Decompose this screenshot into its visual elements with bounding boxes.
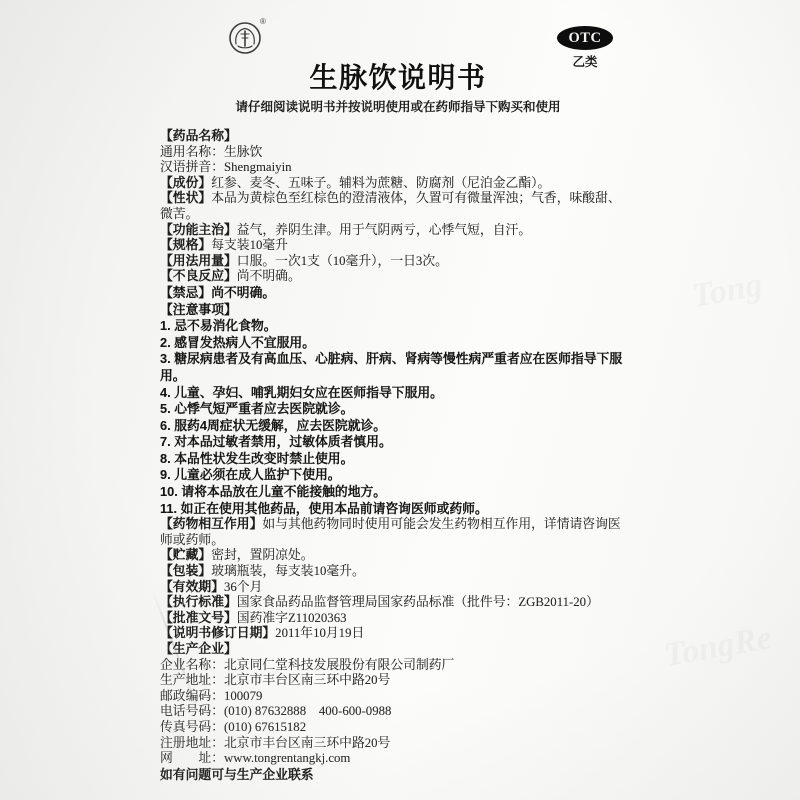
line-text: 尚不明确。 [211, 285, 275, 300]
section-label: 【说明书修订日期】 [160, 626, 275, 640]
line-text: 2011年10月19日 [275, 626, 364, 640]
line-text: 国家食品药品监督管理局国家药品标准（批件号：ZGB2011-20） [237, 595, 599, 609]
doc-line: 【说明书修订日期】2011年10月19日 [160, 626, 630, 642]
line-text: 邮政编码：100079 [160, 689, 262, 703]
section-label: 【规格】 [160, 238, 211, 252]
line-text: 2. 感冒发热病人不宜服用。 [160, 335, 315, 350]
section-label: 【批准文号】 [160, 611, 237, 625]
watermark-text: TongRe [662, 619, 775, 675]
doc-line: 【不良反应】尚不明确。 [160, 269, 630, 285]
line-text: 3. 糖尿病患者及有高血压、心脏病、肝病、肾病等慢性病严重者应在医师指导下服用。 [160, 351, 622, 383]
doc-line: 生产地址：北京市丰台区南三环中路20号 [160, 673, 630, 689]
line-text: 国药准字Z11020363 [237, 611, 347, 625]
section-label: 【成份】 [160, 176, 211, 190]
doc-line: 10. 请将本品放在儿童不能接触的地方。 [160, 484, 630, 501]
page-title: 生脉饮说明书 [160, 56, 636, 96]
line-text: 汉语拼音：Shengmaiyin [160, 160, 292, 174]
doc-line: 2. 感冒发热病人不宜服用。 [160, 335, 630, 352]
line-text: 每支装10毫升 [211, 238, 288, 252]
doc-line: 【药物相互作用】如与其他药物同时使用可能会发生药物相互作用，详情请咨询医师或药师… [160, 517, 630, 548]
doc-line: 8. 本品性状发生改变时禁止使用。 [160, 451, 630, 468]
doc-line: 【功能主治】益气，养阴生津。用于气阴两亏，心悸气短，自汗。 [160, 223, 630, 239]
section-label: 【执行标准】 [160, 595, 237, 609]
line-text: 10. 请将本品放在儿童不能接触的地方。 [160, 484, 386, 499]
doc-line: 1. 忌不易消化食物。 [160, 318, 630, 335]
doc-line: 【药品名称】 [160, 129, 630, 145]
section-label: 【药品名称】 [160, 129, 237, 143]
section-label: 【禁忌】 [160, 285, 211, 300]
doc-line: 通用名称：生脉饮 [160, 145, 630, 161]
doc-line: 9. 儿童必须在成人监护下使用。 [160, 467, 630, 484]
doc-line: 4. 儿童、孕妇、哺乳期妇女应在医师指导下服用。 [160, 385, 630, 402]
doc-line: 【生产企业】 [160, 642, 630, 658]
watermark-text: Tong [689, 266, 765, 316]
line-text: 8. 本品性状发生改变时禁止使用。 [160, 451, 353, 466]
line-text: 11. 如正在使用其他药品，使用本品前请咨询医师或药师。 [160, 501, 488, 516]
doc-line: 电话号码：(010) 87632888 400-600-0988 [160, 704, 630, 720]
line-text: 通用名称：生脉饮 [160, 145, 262, 159]
doc-line: 【用法用量】口服。一次1支（10毫升），一日3次。 [160, 254, 630, 270]
section-label: 【不良反应】 [160, 269, 237, 283]
doc-line: 网 址：www.tongrentangkj.com [160, 751, 630, 767]
tongrentang-logo-icon [228, 20, 264, 56]
doc-line: 5. 心悸气短严重者应去医院就诊。 [160, 401, 630, 418]
line-text: 生产地址：北京市丰台区南三环中路20号 [160, 673, 390, 687]
line-text: 口服。一次1支（10毫升），一日3次。 [237, 254, 448, 268]
line-text: 9. 儿童必须在成人监护下使用。 [160, 467, 341, 482]
doc-line: 企业名称：北京同仁堂科技发展股份有限公司制药厂 [160, 658, 630, 674]
section-label: 【性状】 [160, 191, 211, 205]
document-body: 【药品名称】 通用名称：生脉饮 汉语拼音：Shengmaiyin 【成份】红参、… [160, 129, 630, 783]
line-text: 1. 忌不易消化食物。 [160, 318, 277, 333]
line-text: 电话号码：(010) 87632888 400-600-0988 [160, 704, 391, 718]
doc-line: 如有问题可与生产企业联系 [160, 767, 630, 784]
line-text: 益气，养阴生津。用于气阴两亏，心悸气短，自汗。 [237, 223, 531, 237]
section-label: 【包装】 [160, 564, 211, 578]
page-subtitle: 请仔细阅读说明书并按说明使用或在药师指导下购买和使用 [150, 97, 646, 115]
doc-line: 汉语拼音：Shengmaiyin [160, 160, 630, 176]
doc-line: 11. 如正在使用其他药品，使用本品前请咨询医师或药师。 [160, 501, 630, 518]
section-label: 【药物相互作用】 [160, 517, 262, 531]
line-text: 尚不明确。 [237, 269, 301, 283]
section-label: 【生产企业】 [160, 642, 237, 656]
doc-line: 注册地址：北京市丰台区南三环中路20号 [160, 736, 630, 752]
doc-line: 7. 对本品过敏者禁用，过敏体质者慎用。 [160, 434, 630, 451]
doc-line: 【包装】玻璃瓶装，每支装10毫升。 [160, 564, 630, 580]
line-text: 本品为黄棕色至红棕色的澄清液体，久置可有微量浑浊；气香，味酸甜、微苦。 [160, 191, 621, 221]
section-label: 【有效期】 [160, 580, 224, 594]
doc-line: 【批准文号】国药准字Z11020363 [160, 611, 630, 627]
doc-line: 【贮藏】密封，置阴凉处。 [160, 548, 630, 564]
section-label: 【用法用量】 [160, 254, 237, 268]
line-text: 7. 对本品过敏者禁用，过敏体质者慎用。 [160, 434, 392, 449]
doc-line: 【规格】每支装10毫升 [160, 238, 630, 254]
line-text: 如有问题可与生产企业联系 [160, 767, 314, 782]
line-text: 5. 心悸气短严重者应去医院就诊。 [160, 401, 353, 416]
doc-line: 【注意事项】 [160, 302, 630, 319]
doc-line: 【禁忌】尚不明确。 [160, 285, 630, 302]
line-text: 玻璃瓶装，每支装10毫升。 [211, 564, 365, 578]
line-text: 企业名称：北京同仁堂科技发展股份有限公司制药厂 [160, 658, 454, 672]
line-text: 36个月 [224, 580, 262, 594]
line-text: 4. 儿童、孕妇、哺乳期妇女应在医师指导下服用。 [160, 385, 443, 400]
line-text: 注册地址：北京市丰台区南三环中路20号 [160, 736, 390, 750]
registered-trademark-mark: ® [260, 17, 266, 26]
section-label: 【注意事项】 [160, 302, 237, 317]
line-text: 传真号码：(010) 67615182 [160, 720, 306, 734]
leaflet-page: ® OTC 乙类 生脉饮说明书 请仔细阅读说明书并按说明使用或在药师指导下购买和… [0, 0, 800, 800]
doc-line: 【执行标准】国家食品药品监督管理局国家药品标准（批件号：ZGB2011-20） [160, 595, 630, 611]
doc-line: 邮政编码：100079 [160, 689, 630, 705]
doc-line: 【成份】红参、麦冬、五味子。辅料为蔗糖、防腐剂（尼泊金乙酯）。 [160, 176, 630, 192]
doc-line: 6. 服药4周症状无缓解，应去医院就诊。 [160, 418, 630, 435]
otc-badge: OTC [557, 26, 613, 50]
doc-line: 【有效期】36个月 [160, 580, 630, 596]
line-text: 红参、麦冬、五味子。辅料为蔗糖、防腐剂（尼泊金乙酯）。 [211, 176, 550, 190]
section-label: 【功能主治】 [160, 223, 237, 237]
doc-line: 【性状】本品为黄棕色至红棕色的澄清液体，久置可有微量浑浊；气香，味酸甜、微苦。 [160, 191, 630, 222]
tongrentang-logo: ® [228, 20, 268, 60]
line-text: 6. 服药4周症状无缓解，应去医院就诊。 [160, 418, 386, 433]
doc-line: 传真号码：(010) 67615182 [160, 720, 630, 736]
line-text: 网 址：www.tongrentangkj.com [160, 751, 350, 765]
line-text: 密封，置阴凉处。 [211, 548, 313, 562]
section-label: 【贮藏】 [160, 548, 211, 562]
doc-line: 3. 糖尿病患者及有高血压、心脏病、肝病、肾病等慢性病严重者应在医师指导下服用。 [160, 351, 630, 384]
